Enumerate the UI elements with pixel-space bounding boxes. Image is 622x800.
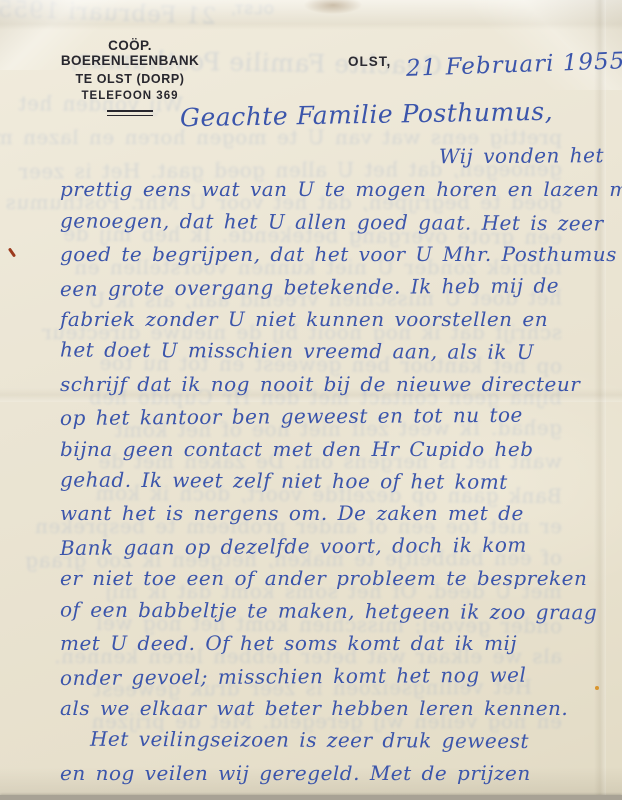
handwritten-line: het doet U misschien vreemd aan, als ik … bbox=[60, 334, 616, 369]
handwritten-line: en nog veilen wij geregeld. Met de prijz… bbox=[60, 757, 616, 789]
date-handwritten: 21 Februari 1955 bbox=[406, 48, 622, 82]
letter-scan: OLST, 21 Februari 1955 Geachte Familie P… bbox=[0, 0, 622, 800]
date-place-printed: OLST, bbox=[348, 54, 391, 69]
handwritten-line: op het kantoor ben geweest en tot nu toe bbox=[60, 398, 616, 434]
handwritten-line: een grote overgang betekende. Ik heb mij… bbox=[60, 269, 616, 305]
handwritten-line: genoegen, dat het U allen goed gaat. Het… bbox=[60, 204, 616, 239]
salutation: Geachte Familie Posthumus, bbox=[180, 97, 554, 133]
handwritten-line: als we elkaar wat beter hebben leren ken… bbox=[60, 692, 616, 724]
handwritten-line: gehad. Ik weet zelf niet hoe of het komt bbox=[60, 464, 616, 499]
handwritten-line: Bank gaan op dezelfde voort, doch ik kom bbox=[60, 528, 616, 564]
handwritten-line: Wij vonden het bbox=[60, 139, 616, 175]
handwritten-line: prettig eens wat van U te mogen horen en… bbox=[60, 173, 616, 205]
handwritten-line: er niet toe een of ander probleem te bes… bbox=[60, 562, 616, 594]
handwritten-line: fabriek zonder U niet kunnen voorstellen… bbox=[60, 303, 616, 335]
handwritten-line: of een babbeltje te maken, hetgeen ik zo… bbox=[60, 593, 616, 628]
letter-body: Wij vonden het prettig eens wat van U te… bbox=[60, 141, 616, 789]
dateline: OLST, 21 Februari 1955 bbox=[348, 52, 622, 78]
handwritten-line: schrijf dat ik nog nooit bij de nieuwe d… bbox=[60, 368, 616, 400]
handwritten-line: Het veilingseizoen is zeer druk geweest bbox=[60, 723, 616, 758]
handwritten-line: want het is nergens om. De zaken met de bbox=[60, 497, 616, 529]
ink-layer: OLST, 21 Februari 1955 Geachte Familie P… bbox=[0, 0, 622, 800]
handwritten-line: met U deed. Of het soms komt dat ik mij bbox=[60, 627, 616, 659]
handwritten-line: goed te begrijpen, dat het voor U Mhr. P… bbox=[60, 238, 616, 270]
orange-speck bbox=[595, 686, 599, 690]
handwritten-line: bijna geen contact met den Hr Cupido heb bbox=[60, 433, 616, 465]
handwritten-line: onder gevoel; misschien komt het nog wel bbox=[60, 658, 616, 694]
